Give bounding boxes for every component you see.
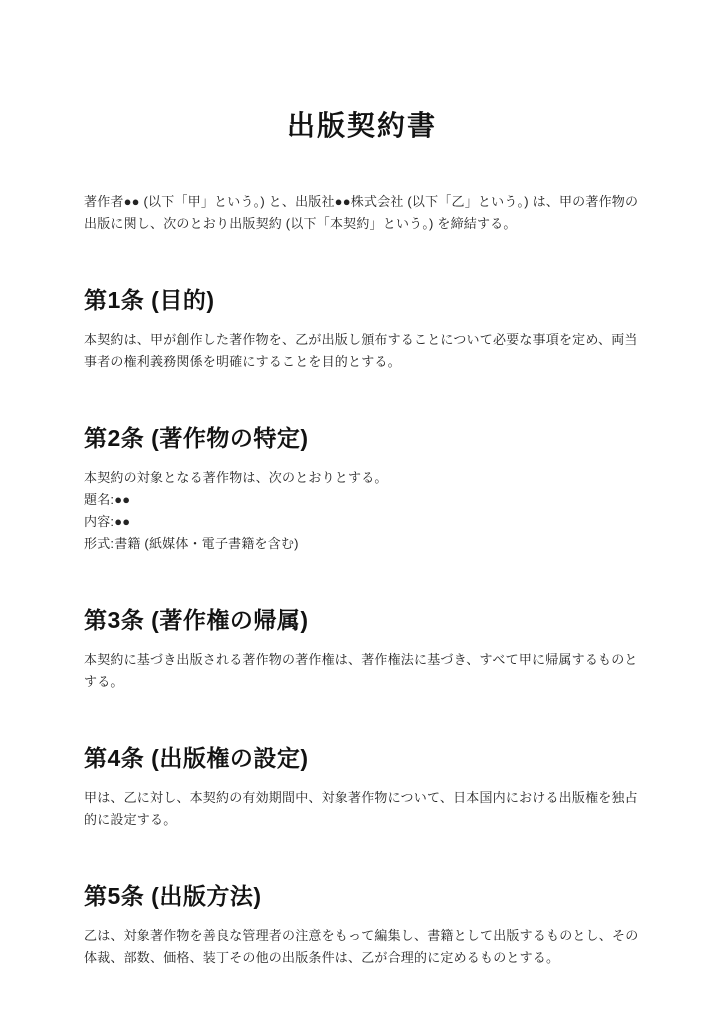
document-title: 出版契約書 bbox=[84, 104, 640, 144]
preamble-paragraph: 著作者●● (以下「甲」という。) と、出版社●●株式会社 (以下「乙」という。… bbox=[84, 191, 640, 235]
article-1-body: 本契約は、甲が創作した著作物を、乙が出版し頒布することについて必要な事項を定め、… bbox=[84, 329, 640, 373]
article-4-heading: 第4条 (出版権の設定) bbox=[84, 740, 640, 773]
article-4-body-line: 甲は、乙に対し、本契約の有効期間中、対象著作物について、日本国内における出版権を… bbox=[84, 787, 640, 831]
article-5-heading: 第5条 (出版方法) bbox=[84, 878, 640, 911]
article-3-heading: 第3条 (著作権の帰属) bbox=[84, 602, 640, 635]
article-2: 第2条 (著作物の特定) 本契約の対象となる著作物は、次のとおりとする。 題名:… bbox=[84, 420, 640, 555]
article-5: 第5条 (出版方法) 乙は、対象著作物を善良な管理者の注意をもって編集し、書籍と… bbox=[84, 878, 640, 969]
article-1-body-line: 本契約は、甲が創作した著作物を、乙が出版し頒布することについて必要な事項を定め、… bbox=[84, 329, 640, 373]
article-3: 第3条 (著作権の帰属) 本契約に基づき出版される著作物の著作権は、著作権法に基… bbox=[84, 602, 640, 693]
article-1: 第1条 (目的) 本契約は、甲が創作した著作物を、乙が出版し頒布することについて… bbox=[84, 282, 640, 373]
article-1-heading: 第1条 (目的) bbox=[84, 282, 640, 315]
article-2-body-line: 本契約の対象となる著作物は、次のとおりとする。 bbox=[84, 467, 640, 489]
article-5-body-line: 乙は、対象著作物を善良な管理者の注意をもって編集し、書籍として出版するものとし、… bbox=[84, 925, 640, 969]
article-5-body: 乙は、対象著作物を善良な管理者の注意をもって編集し、書籍として出版するものとし、… bbox=[84, 925, 640, 969]
article-2-title-line: 題名:●● bbox=[84, 489, 640, 511]
article-2-heading: 第2条 (著作物の特定) bbox=[84, 420, 640, 453]
contract-page: 出版契約書 著作者●● (以下「甲」という。) と、出版社●●株式会社 (以下「… bbox=[0, 0, 724, 1024]
article-3-body-line: 本契約に基づき出版される著作物の著作権は、著作権法に基づき、すべて甲に帰属するも… bbox=[84, 649, 640, 693]
article-2-body: 本契約の対象となる著作物は、次のとおりとする。 題名:●● 内容:●● 形式:書… bbox=[84, 467, 640, 555]
article-4: 第4条 (出版権の設定) 甲は、乙に対し、本契約の有効期間中、対象著作物について… bbox=[84, 740, 640, 831]
article-4-body: 甲は、乙に対し、本契約の有効期間中、対象著作物について、日本国内における出版権を… bbox=[84, 787, 640, 831]
article-3-body: 本契約に基づき出版される著作物の著作権は、著作権法に基づき、すべて甲に帰属するも… bbox=[84, 649, 640, 693]
article-2-content-line: 内容:●● bbox=[84, 511, 640, 533]
article-2-format-line: 形式:書籍 (紙媒体・電子書籍を含む) bbox=[84, 533, 640, 555]
